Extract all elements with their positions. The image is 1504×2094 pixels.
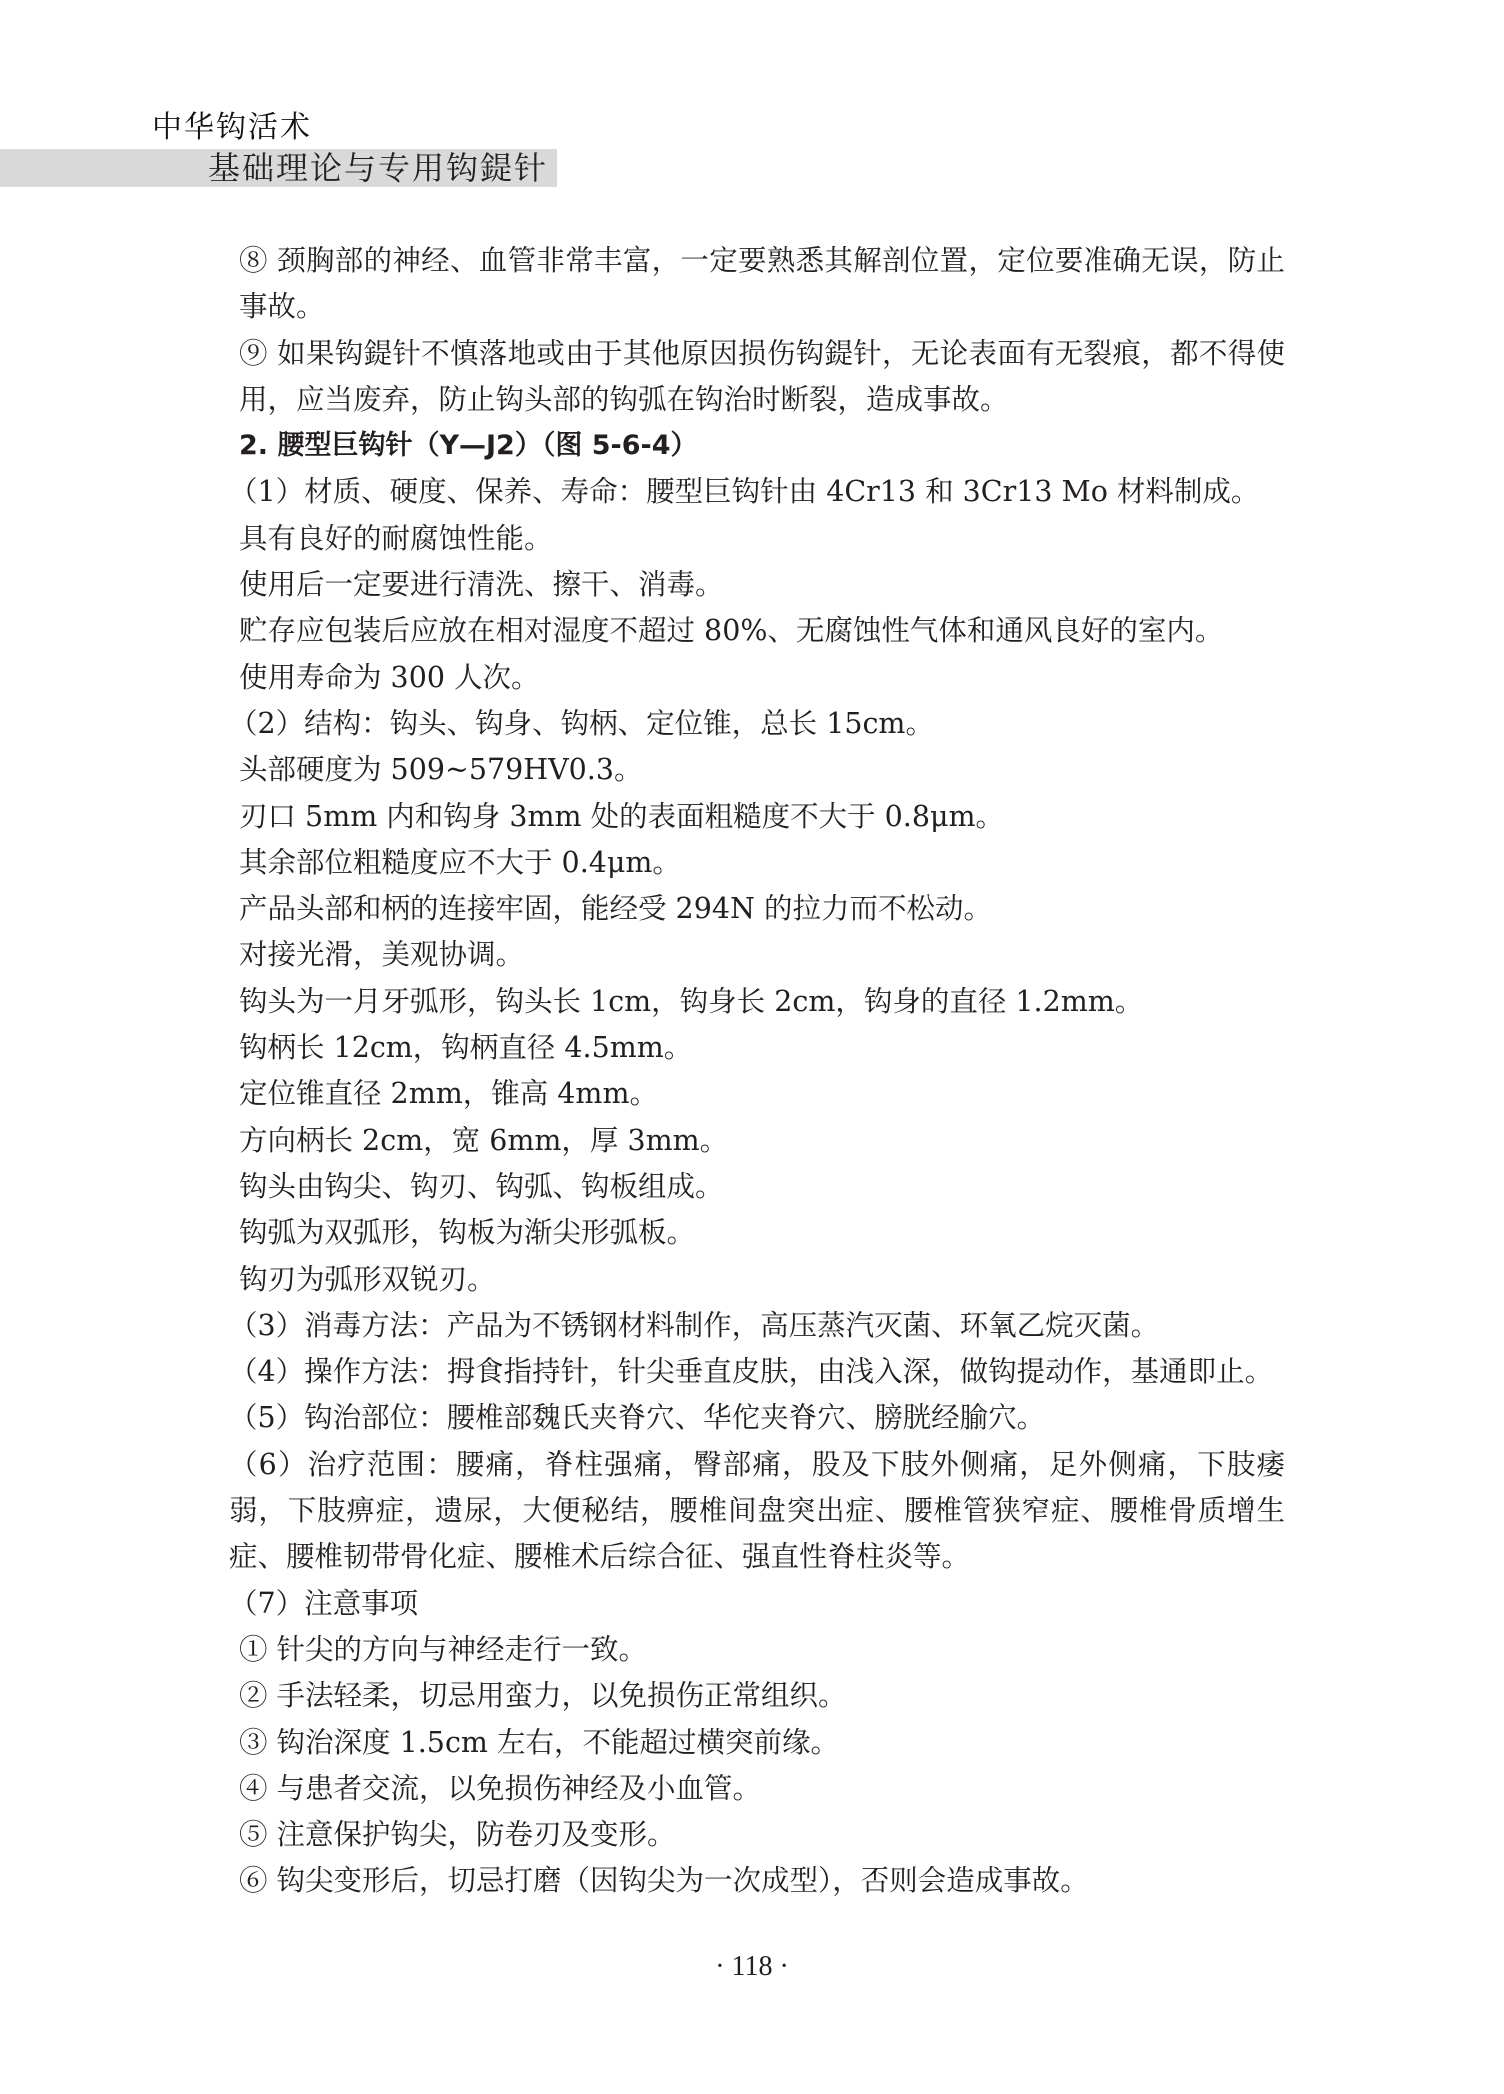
page-number: · 118 · (0, 1948, 1504, 1986)
page-body: ⑧ 颈胸部的神经、血管非常丰富，一定要熟悉其解剖位置，定位要准确无误，防止事故。… (183, 238, 1285, 1905)
subsection-4-operation: （4）操作方法：拇食指持针，针尖垂直皮肤，由浅入深，做钩提动作，基通即止。 (183, 1349, 1285, 1395)
subsection-2-line: 钩弧为双弧形，钩板为渐尖形弧板。 (183, 1210, 1285, 1256)
precaution-item: ② 手法轻柔，切忌用蛮力，以免损伤正常组织。 (183, 1673, 1285, 1719)
subsection-2-line: 刃口 5mm 内和钩身 3mm 处的表面粗糙度不大于 0.8μm。 (183, 794, 1285, 840)
subsection-2-line: 钩柄长 12cm，钩柄直径 4.5mm。 (183, 1025, 1285, 1071)
subsection-2-line: 定位锥直径 2mm，锥高 4mm。 (183, 1071, 1285, 1117)
subsection-1-line: 贮存应包装后应放在相对湿度不超过 80%、无腐蚀性气体和通风良好的室内。 (183, 608, 1285, 654)
subsection-1-line: 使用后一定要进行清洗、擦干、消毒。 (183, 562, 1285, 608)
subsection-6-treatment-scope: （6）治疗范围：腰痛，脊柱强痛，臀部痛，股及下肢外侧痛，足外侧痛，下肢痿弱，下肢… (183, 1442, 1285, 1581)
series-title: 中华钩活术 (152, 110, 312, 146)
subsection-2-line: 钩刃为弧形双锐刃。 (183, 1257, 1285, 1303)
subsection-2-line: 方向柄长 2cm，宽 6mm，厚 3mm。 (183, 1118, 1285, 1164)
subsection-1-line: 具有良好的耐腐蚀性能。 (183, 516, 1285, 562)
subsection-2-line: 钩头为一月牙弧形，钩头长 1cm，钩身长 2cm，钩身的直径 1.2mm。 (183, 979, 1285, 1025)
subsection-5-treatment-site: （5）钩治部位：腰椎部魏氏夹脊穴、华佗夹脊穴、膀胱经腧穴。 (183, 1395, 1285, 1441)
precaution-item: ⑤ 注意保护钩尖，防卷刃及变形。 (183, 1812, 1285, 1858)
subsection-2-line: 头部硬度为 509~579HV0.3。 (183, 747, 1285, 793)
precaution-item: ④ 与患者交流，以免损伤神经及小血管。 (183, 1766, 1285, 1812)
subsection-2-title: （2）结构：钩头、钩身、钩柄、定位锥，总长 15cm。 (183, 701, 1285, 747)
subsection-1-line: 使用寿命为 300 人次。 (183, 655, 1285, 701)
subsection-3-disinfection: （3）消毒方法：产品为不锈钢材料制作，高压蒸汽灭菌、环氧乙烷灭菌。 (183, 1303, 1285, 1349)
precaution-item: ⑥ 钩尖变形后，切忌打磨（因钩尖为一次成型），否则会造成事故。 (183, 1858, 1285, 1904)
subsection-2-line: 对接光滑，美观协调。 (183, 932, 1285, 978)
precaution-item: ③ 钩治深度 1.5cm 左右，不能超过横突前缘。 (183, 1720, 1285, 1766)
subsection-1-title: （1）材质、硬度、保养、寿命：腰型巨钩针由 4Cr13 和 3Cr13 Mo 材… (183, 469, 1285, 515)
book-title: 基础理论与专用钩鍉针 (208, 149, 548, 187)
subsection-2-line: 其余部位粗糙度应不大于 0.4μm。 (183, 840, 1285, 886)
paragraph-note-9: ⑨ 如果钩鍉针不慎落地或由于其他原因损伤钩鍉针，无论表面有无裂痕，都不得使用，应… (183, 331, 1285, 424)
subsection-2-line: 产品头部和柄的连接牢固，能经受 294N 的拉力而不松动。 (183, 886, 1285, 932)
precaution-item: ① 针尖的方向与神经走行一致。 (183, 1627, 1285, 1673)
section-heading: 2. 腰型巨钩针（Y—J2）（图 5-6-4） (183, 423, 1285, 469)
subsection-7-title: （7）注意事项 (183, 1581, 1285, 1627)
subsection-2-line: 钩头由钩尖、钩刃、钩弧、钩板组成。 (183, 1164, 1285, 1210)
paragraph-note-8: ⑧ 颈胸部的神经、血管非常丰富，一定要熟悉其解剖位置，定位要准确无误，防止事故。 (183, 238, 1285, 331)
